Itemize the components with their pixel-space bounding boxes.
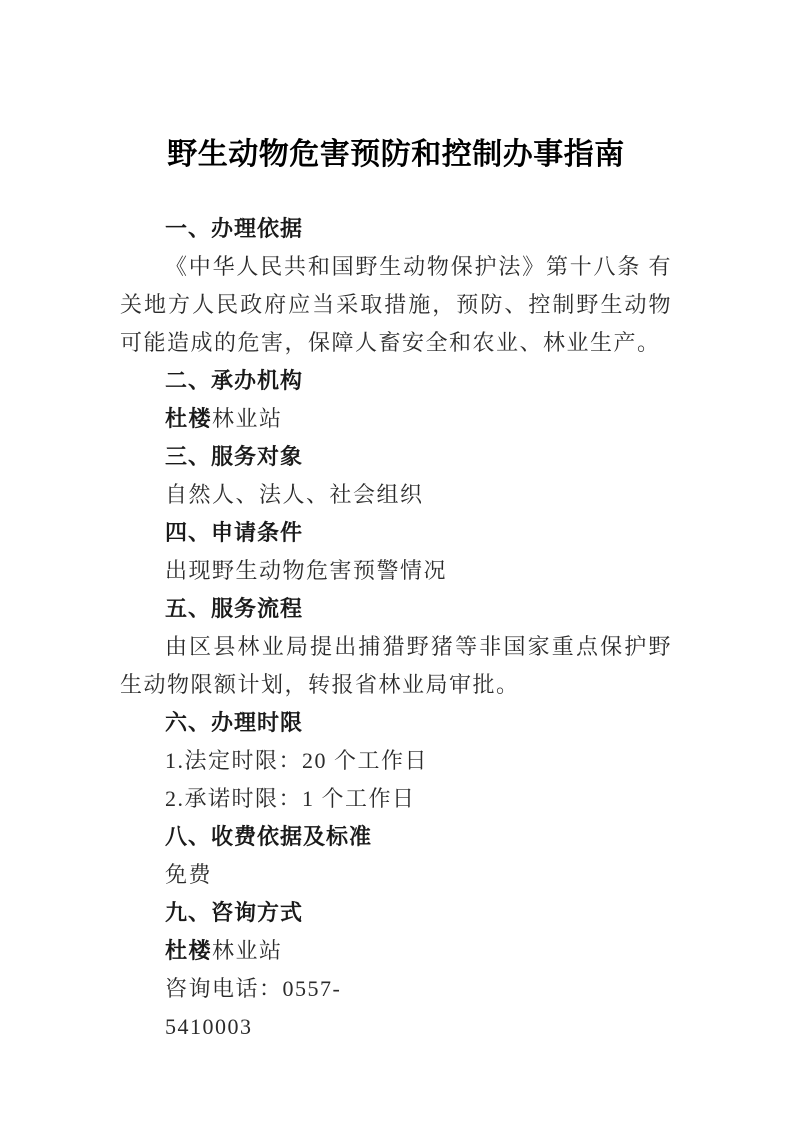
text-run: 由区县林业局提出捕猎野猪等非国家重点保护野生动物限额计划，转报省林业局审批。 (120, 634, 672, 697)
text-run: 免费 (165, 862, 212, 887)
document-section: 四、申请条件 出现野生动物危害预警情况 (120, 514, 672, 590)
text-run: 出现野生动物危害预警情况 (165, 558, 447, 583)
paragraph: 由区县林业局提出捕猎野猪等非国家重点保护野生动物限额计划，转报省林业局审批。 (120, 628, 672, 704)
document-section: 九、咨询方式 杜楼林业站咨询电话：0557-5410003 (120, 894, 672, 1046)
text-run: 2.承诺时限：1 个工作日 (165, 786, 416, 811)
section-heading: 三、服务对象 (120, 438, 672, 476)
section-heading: 五、服务流程 (120, 590, 672, 628)
document-section: 六、办理时限 1.法定时限：20 个工作日2.承诺时限：1 个工作日 (120, 704, 672, 818)
paragraph: 《中华人民共和国野生动物保护法》第十八条 有关地方人民政府应当采取措施，预防、控… (120, 248, 672, 362)
document-title: 野生动物危害预防和控制办事指南 (120, 133, 672, 177)
paragraph: 自然人、法人、社会组织 (120, 476, 672, 514)
paragraph: 5410003 (120, 1008, 672, 1046)
document-section: 五、服务流程 由区县林业局提出捕猎野猪等非国家重点保护野生动物限额计划，转报省林… (120, 590, 672, 704)
paragraph: 免费 (120, 856, 672, 894)
text-run-bold: 杜楼 (165, 938, 212, 963)
text-run: 林业站 (212, 406, 283, 431)
text-run-bold: 杜楼 (165, 406, 212, 431)
text-run: 林业站 (212, 938, 283, 963)
document-section: 三、服务对象 自然人、法人、社会组织 (120, 438, 672, 514)
text-run: 5410003 (165, 1014, 253, 1039)
text-run: 咨询电话：0557- (165, 976, 341, 1001)
paragraph: 1.法定时限：20 个工作日 (120, 742, 672, 780)
document-body: 一、办理依据 《中华人民共和国野生动物保护法》第十八条 有关地方人民政府应当采取… (120, 210, 672, 1046)
paragraph: 杜楼林业站 (120, 400, 672, 438)
section-heading: 一、办理依据 (120, 210, 672, 248)
section-heading: 九、咨询方式 (120, 894, 672, 932)
section-heading: 八、收费依据及标准 (120, 818, 672, 856)
text-run: 1.法定时限：20 个工作日 (165, 748, 428, 773)
section-heading: 二、承办机构 (120, 362, 672, 400)
section-heading: 六、办理时限 (120, 704, 672, 742)
paragraph: 2.承诺时限：1 个工作日 (120, 780, 672, 818)
document-section: 一、办理依据 《中华人民共和国野生动物保护法》第十八条 有关地方人民政府应当采取… (120, 210, 672, 362)
document-section: 八、收费依据及标准 免费 (120, 818, 672, 894)
section-heading: 四、申请条件 (120, 514, 672, 552)
text-run: 《中华人民共和国野生动物保护法》第十八条 有关地方人民政府应当采取措施，预防、控… (120, 254, 672, 355)
paragraph: 杜楼林业站 (120, 932, 672, 970)
text-run: 自然人、法人、社会组织 (165, 482, 424, 507)
document-section: 二、承办机构 杜楼林业站 (120, 362, 672, 438)
paragraph: 咨询电话：0557- (120, 970, 672, 1008)
paragraph: 出现野生动物危害预警情况 (120, 552, 672, 590)
document-page: 野生动物危害预防和控制办事指南 一、办理依据 《中华人民共和国野生动物保护法》第… (0, 0, 793, 1122)
